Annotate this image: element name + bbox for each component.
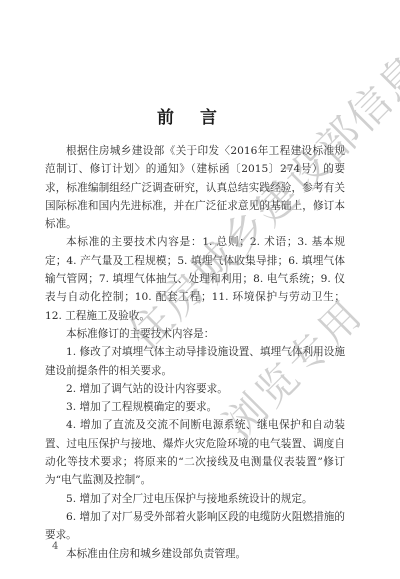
- paragraph-management: 本标准由住房和城乡建设部负责管理。: [45, 545, 345, 563]
- page-number: 4: [52, 541, 58, 552]
- body-text: 根据住房城乡建设部《关于印发〈2016年工程建设标准规范制订、修订计划〉的通知》…: [45, 142, 345, 563]
- document-page: 前言 根据住房城乡建设部《关于印发〈2016年工程建设标准规范制订、修订计划〉的…: [0, 0, 400, 579]
- paragraph-revision-intro: 本标准修订的主要技术内容是：: [45, 325, 345, 343]
- revision-item-2: 2. 增加了调气站的设计内容要求。: [45, 380, 345, 398]
- revision-item-5: 5. 增加了对全厂过电压保护与接地系统设计的规定。: [45, 490, 345, 508]
- revision-item-6: 6. 增加了对厂易受外部着火影响区段的电缆防火阻燃措施的要求。: [45, 508, 345, 545]
- page-title: 前言: [0, 103, 400, 128]
- revision-item-1: 1. 修改了对填埋气体主动导排设施设置、填埋气体利用设施建设前提条件的相关要求。: [45, 343, 345, 380]
- paragraph-basis: 根据住房城乡建设部《关于印发〈2016年工程建设标准规范制订、修订计划〉的通知》…: [45, 142, 345, 233]
- revision-item-3: 3. 增加了工程规模确定的要求。: [45, 398, 345, 416]
- paragraph-main-content: 本标准的主要技术内容是：1. 总则；2. 术语；3. 基本规定；4. 产气量及工…: [45, 233, 345, 324]
- revision-item-4: 4. 增加了直流及交流不间断电源系统、继电保护和自动装置、过电压保护与接地、爆炸…: [45, 416, 345, 489]
